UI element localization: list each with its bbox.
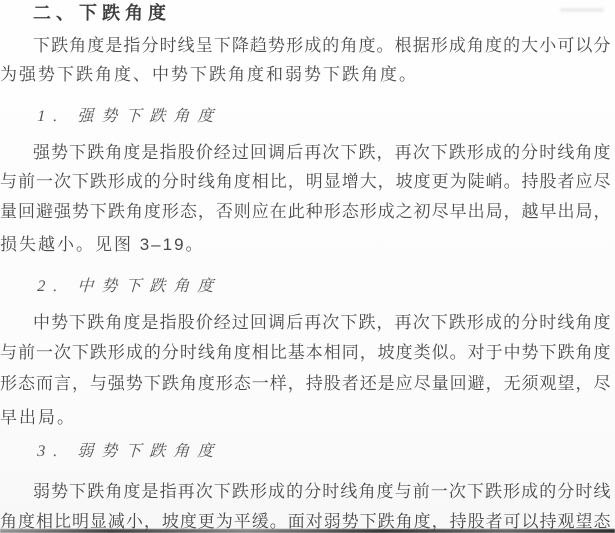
paragraph-line: 早出局。 — [0, 408, 611, 427]
section-heading: 二、下跌角度 — [33, 4, 611, 23]
paragraph-line: 与前一次下跌形成的分时线角度相比基本相同，坡度类似。对于中势下跌角度 — [0, 343, 611, 362]
paragraph-line: 形态而言，与强势下跌角度形态一样，持股者还是应尽量回避，无须观望，尽 — [0, 374, 611, 393]
paragraph-line: 损失越小。见图 3–19。 — [0, 235, 611, 254]
paragraph-line: 强势下跌角度是指股价经过回调后再次下跌，再次下跌形成的分时线角度 — [0, 143, 611, 162]
paragraph-line: 中势下跌角度是指股价经过回调后再次下跌，再次下跌形成的分时线角度 — [0, 313, 611, 332]
paragraph-line: 弱势下跌角度是指再次下跌形成的分时线角度与前一次下跌形成的分时线 — [0, 482, 611, 501]
subheading-weak-decline-angle: 3. 弱势下跌角度 — [37, 442, 612, 461]
paragraph-line: 下跌角度是指分时线呈下降趋势形成的角度。根据形成角度的大小可以分 — [0, 36, 611, 55]
scan-edge-shadow — [0, 529, 615, 533]
subheading-medium-decline-angle: 2. 中势下跌角度 — [37, 277, 612, 296]
scan-smudge-artifact — [560, 8, 604, 12]
paragraph-line: 为强势下跌角度、中势下跌角度和弱势下跌角度。 — [0, 65, 611, 84]
paragraph-line: 量回避强势下跌角度形态，否则应在此种形态形成之初尽早出局，越早出局， — [0, 202, 611, 221]
paragraph-line: 与前一次下跌形成的分时线角度相比，明显增大，坡度更为陡峭。持股者应尽 — [0, 172, 611, 191]
subheading-strong-decline-angle: 1. 强势下跌角度 — [37, 107, 612, 126]
book-page: 二、下跌角度 下跌角度是指分时线呈下降趋势形成的角度。根据形成角度的大小可以分 … — [0, 0, 615, 533]
